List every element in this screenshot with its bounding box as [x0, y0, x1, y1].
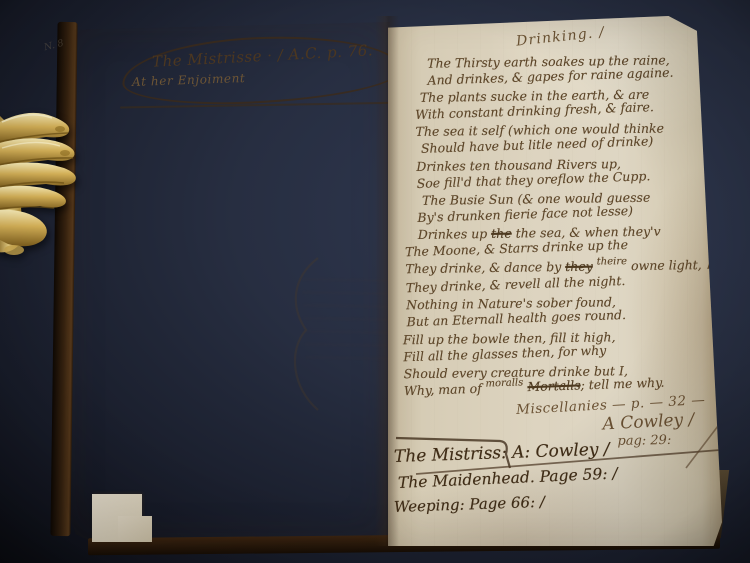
poem: The Thirsty earth soakes up the raine,An…: [414, 49, 718, 401]
paper-repair-tab-small: [118, 516, 152, 542]
brass-hand: [0, 102, 82, 260]
index-list: The Mistriss: A: Cowley /The Maidenhead.…: [394, 447, 618, 516]
right-page: Drinking. / The Thirsty earth soakes up …: [388, 16, 722, 546]
left-page: The Mistrisse · / A.C. p. 76. At her Enj…: [66, 22, 390, 542]
index-line: The Maidenhead. Page 59: /: [398, 464, 618, 492]
manuscript-photo: The Mistrisse · / A.C. p. 76. At her Enj…: [0, 0, 750, 563]
margin-note: (done: [720, 210, 750, 228]
gutter-shadow: [375, 16, 399, 546]
index-line: Weeping: Page 66: /: [394, 490, 618, 516]
poem-title: Drinking. /: [515, 24, 605, 49]
margin-note: (Sunne.: [720, 234, 750, 253]
